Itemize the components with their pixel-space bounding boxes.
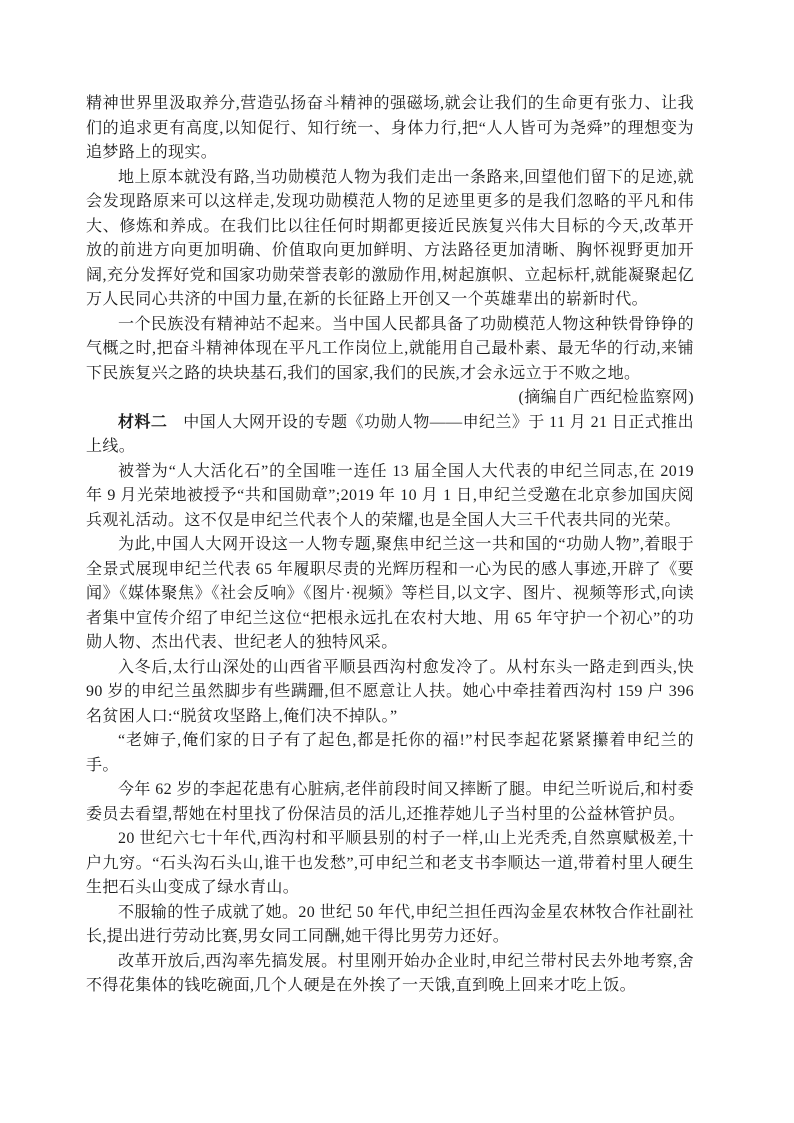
material-two-paragraph-6: 20 世纪六七十年代,西沟村和平顺县别的村子一样,山上光秃秃,自然禀赋极差,十户… <box>86 827 694 901</box>
material-two-paragraph-4: “老婶子,俺们家的日子有了起色,都是托你的福!”村民李起花紧紧攥着申纪兰的手。 <box>86 729 694 778</box>
material-two-paragraph-7: 不服输的性子成就了她。20 世纪 50 年代,申纪兰担任西沟金星农林牧合作社副社… <box>86 901 694 950</box>
material-two-paragraph-5: 今年 62 岁的李起花患有心脏病,老伴前段时间又摔断了腿。申纪兰听说后,和村委委… <box>86 778 694 827</box>
reading-material: 精神世界里汲取养分,营造弘扬奋斗精神的强磁场,就会让我们的生命更有张力、让我们的… <box>86 92 694 999</box>
material-one-attribution: (摘编自广西纪检监察网) <box>86 386 694 411</box>
material-two-paragraph-8: 改革开放后,西沟率先搞发展。村里刚开始办企业时,申纪兰带村民去外地考察,舍不得花… <box>86 950 694 999</box>
material-one-paragraph-3: 一个民族没有精神站不起来。当中国人民都具备了功勋模范人物这种铁骨铮铮的气概之时,… <box>86 313 694 387</box>
material-one-paragraph-continuation: 精神世界里汲取养分,营造弘扬奋斗精神的强磁场,就会让我们的生命更有张力、让我们的… <box>86 92 694 166</box>
material-two-label: 材料二 <box>118 414 167 431</box>
material-two-paragraph-1: 被誉为“人大活化石”的全国唯一连任 13 届全国人大代表的申纪兰同志,在 201… <box>86 460 694 534</box>
material-two-paragraph-3: 入冬后,太行山深处的山西省平顺县西沟村愈发冷了。从村东头一路走到西头,快 90 … <box>86 656 694 730</box>
material-two-heading: 材料二中国人大网开设的专题《功勋人物——申纪兰》于 11 月 21 日正式推出上… <box>86 411 694 460</box>
document-page: 精神世界里汲取养分,营造弘扬奋斗精神的强磁场,就会让我们的生命更有张力、让我们的… <box>0 0 794 1123</box>
material-two-heading-text: 中国人大网开设的专题《功勋人物——申纪兰》于 11 月 21 日正式推出上线。 <box>86 414 694 456</box>
material-two-paragraph-2: 为此,中国人大网开设这一人物专题,聚焦申纪兰这一共和国的“功勋人物”,着眼于全景… <box>86 533 694 656</box>
material-one-paragraph-2: 地上原本就没有路,当功勋模范人物为我们走出一条路来,回望他们留下的足迹,就会发现… <box>86 166 694 313</box>
